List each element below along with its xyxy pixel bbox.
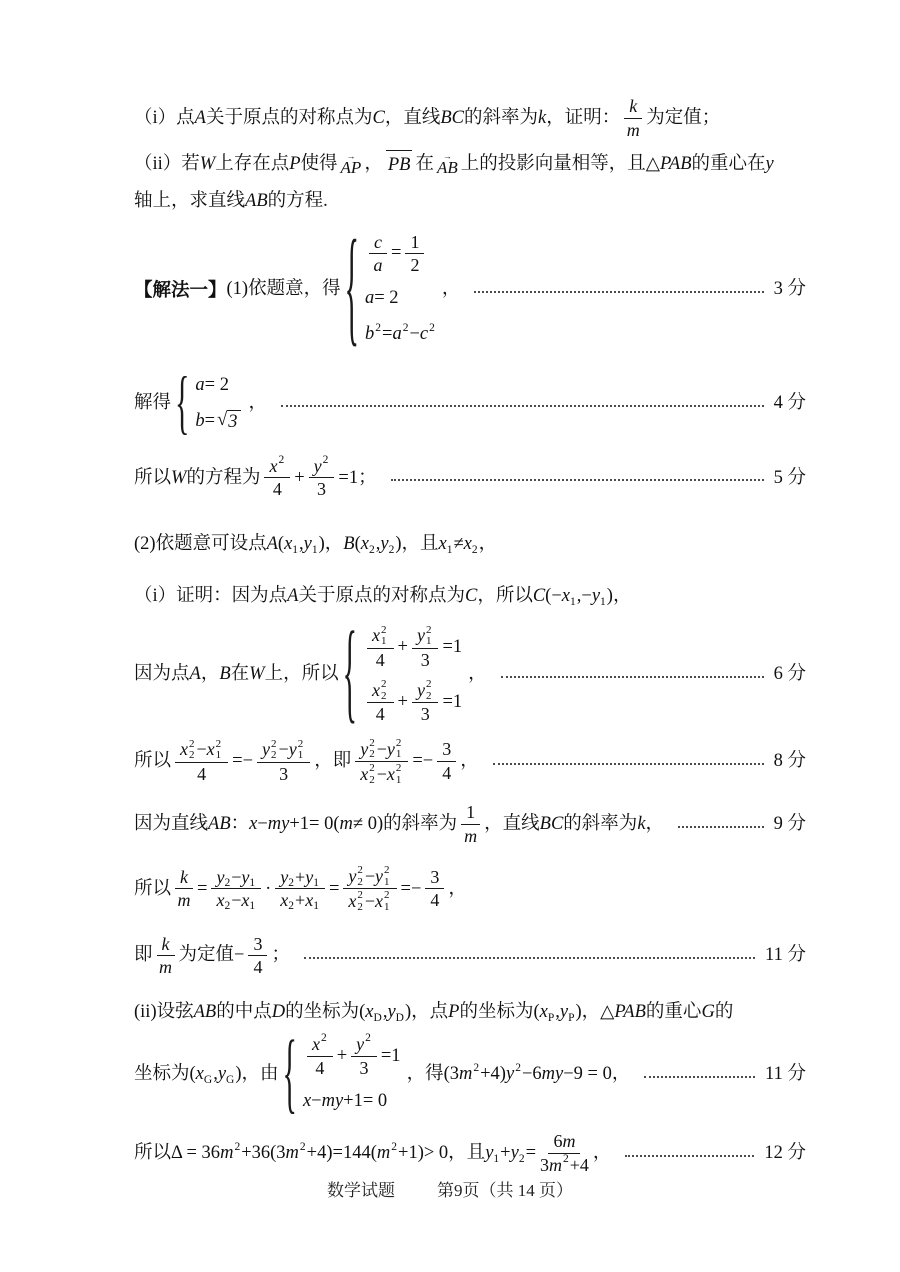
text-run: 坐标为( — [134, 1061, 196, 1089]
dots-leader — [474, 291, 763, 293]
fraction: y22−y21x22−x21 — [343, 865, 396, 913]
text-run: )，且 — [395, 531, 438, 559]
denominator: 4 — [253, 956, 262, 979]
math-variable: y — [506, 1061, 514, 1089]
numerator: y22−y21 — [355, 738, 408, 762]
math-variable: y — [356, 1034, 364, 1056]
text-run: ， — [479, 531, 498, 559]
math-variable: x — [303, 1088, 311, 1116]
denominator: 4 — [197, 763, 206, 786]
text-run: = 2 — [205, 372, 229, 400]
math-variable: A — [195, 105, 206, 133]
denominator: a — [374, 254, 383, 277]
text-run: = — [329, 876, 339, 904]
system-row: x24+y23=1 — [303, 1034, 401, 1079]
system-row: b=√3 — [195, 408, 242, 436]
math-variable: b — [365, 321, 374, 349]
numerator: 1 — [405, 232, 424, 255]
score-label: 6 分 — [774, 661, 806, 689]
sup-sub-stack: 22 — [369, 738, 375, 761]
equation-system: {x24+y23=1x−my+1= 0 — [283, 1034, 401, 1115]
subscript: 2 — [189, 750, 195, 762]
math-variable: PAB — [660, 151, 692, 179]
text-run: ，直线 — [385, 105, 441, 133]
text-run: =1 — [442, 634, 462, 662]
text-run: + — [294, 465, 304, 493]
math-variable: A — [190, 661, 201, 689]
math-variable: AB — [208, 811, 231, 839]
numerator: 1 — [461, 802, 480, 825]
math-variable: y — [766, 151, 774, 179]
numerator: x21 — [367, 625, 394, 649]
problem-part-ii: （ii）若W上存在点P使得→AP，PB在→AB上的投影向量相等，且△PAB的重心… — [134, 150, 806, 180]
numerator: y22 — [412, 679, 439, 703]
dots-leader — [644, 1076, 755, 1078]
math-variable: y — [560, 999, 568, 1027]
math-variable: m — [159, 957, 172, 979]
text-run: 的斜率为 — [464, 105, 538, 133]
math-variable: y — [216, 867, 224, 889]
text-run: ； — [271, 942, 290, 970]
text-run: 上的投影向量相等，且△ — [461, 151, 660, 179]
math-variable: a — [392, 321, 401, 349]
numerator: y22−y21 — [343, 865, 396, 889]
math-variable: a — [195, 372, 204, 400]
text-run: (ii)设弦 — [134, 999, 194, 1027]
text-run: + — [337, 1043, 347, 1071]
numerator: k — [157, 934, 175, 957]
sup-sub-stack: 22 — [426, 679, 432, 702]
math-variable: W — [200, 151, 215, 179]
math-variable: y — [387, 739, 395, 761]
numerator: y21 — [412, 625, 439, 649]
text-run: = — [197, 876, 207, 904]
fraction: y223 — [412, 679, 439, 726]
math-variable: y — [417, 680, 425, 702]
text-run: 1 — [466, 802, 475, 824]
fraction: km — [175, 867, 193, 912]
math-variable: x — [361, 531, 369, 559]
radicand: 3 — [227, 410, 240, 433]
text-run: − — [377, 739, 387, 761]
numerator: 3 — [425, 867, 444, 890]
text-run: 4 — [197, 764, 206, 786]
sup-sub-stack: 21 — [384, 890, 390, 913]
sup-sub-stack: 21 — [216, 739, 222, 762]
solution1-step2-solve: 解得{a= 2b=√3，4 分 — [134, 372, 806, 436]
score-label: 11 分 — [765, 1061, 806, 1089]
text-run: ，所以 — [477, 583, 533, 611]
math-variable: A — [287, 583, 298, 611]
vector-arrow: →AB — [437, 154, 458, 176]
math-variable: x — [207, 739, 215, 761]
part2-ii-setup: (ii)设弦AB的中点D的坐标为(xD,yD)，点P的坐标为(xP,yP)，△P… — [134, 999, 806, 1027]
dots-leader — [501, 676, 764, 678]
text-run: 的斜率为 — [563, 811, 637, 839]
subscript: 2 — [426, 691, 432, 703]
text-run: = — [391, 240, 401, 268]
math-variable: y — [305, 867, 313, 889]
math-variable: P — [289, 151, 300, 179]
fraction: y2+y1x2+x1 — [275, 867, 325, 912]
system-rows: x24+y23=1x−my+1= 0 — [303, 1034, 401, 1115]
numerator: x2 — [264, 456, 290, 479]
sup-sub-stack: 22 — [381, 679, 387, 702]
denominator: 3m2+4 — [540, 1154, 589, 1177]
text-run: =144 — [333, 1140, 371, 1168]
numerator: x22 — [367, 679, 394, 703]
text-run: 的重心 — [646, 999, 702, 1027]
part2-i-proof-start: （i）证明：因为点A关于原点的对称点为C，所以C(−x1,−y1)， — [134, 583, 806, 611]
text-run: ,− — [577, 583, 592, 611]
text-run: =− — [232, 748, 253, 776]
math-variable: c — [374, 232, 382, 254]
text-run: + — [398, 634, 408, 662]
math-variable: m — [286, 1140, 299, 1168]
text-run: + — [295, 890, 305, 912]
math-variable: m — [549, 1155, 562, 1177]
equation-system: {ca=12a= 2b2=a2−c2 — [345, 232, 436, 349]
text-run: 的方程. — [268, 188, 328, 216]
text-run: )，由 — [235, 1061, 278, 1089]
text-run: − — [365, 866, 375, 888]
superscript: 2 — [369, 763, 375, 775]
text-run: 4 — [442, 763, 451, 785]
text-run: +1= 0 — [343, 1088, 387, 1116]
text-run: − — [409, 321, 419, 349]
numerator: y22−y21 — [257, 739, 310, 763]
math-variable: AB — [437, 159, 458, 176]
subscript: 2 — [271, 750, 277, 762]
score-label: 8 分 — [774, 748, 806, 776]
text-run: 上存在点 — [215, 151, 289, 179]
text-run: − — [311, 1088, 321, 1116]
text-run: 上，所以 — [265, 661, 339, 689]
denominator: x22−x21 — [360, 762, 403, 786]
math-variable: x — [365, 999, 373, 1027]
text-run: 3 — [253, 934, 262, 956]
dots-leader — [493, 763, 764, 765]
text-run: 关于原点的对称点为 — [298, 583, 465, 611]
math-variable: W — [171, 465, 186, 493]
math-variable: AB — [194, 999, 217, 1027]
math-variable: B — [219, 661, 230, 689]
text-run: (1)依题意，得 — [227, 276, 341, 304]
vector-arrow: →AP — [341, 154, 362, 176]
text-run: − — [377, 764, 387, 786]
text-run: +4) — [307, 1140, 333, 1168]
math-variable: y — [417, 625, 425, 647]
denominator: m — [627, 119, 640, 142]
part2-discriminant: 所以Δ = 36m2+36(3m2+4)=144(m2+1)> 0，且y1+y2… — [134, 1131, 806, 1176]
text-run: = — [526, 1140, 536, 1168]
denominator: 2 — [410, 254, 419, 277]
math-variable: B — [343, 531, 354, 559]
text-run: ，得 — [407, 1061, 444, 1089]
part2-on-curve-system: 因为点A，B在W上，所以{x214+y213=1x224+y223=1，6 分 — [134, 625, 806, 726]
text-run: +4) — [480, 1061, 506, 1089]
math-variable: y — [375, 866, 383, 888]
text-run: ， — [468, 661, 487, 689]
numerator: x2 — [307, 1034, 333, 1057]
text-run: 3 — [421, 650, 430, 672]
text-run: 的中点 — [216, 999, 272, 1027]
text-run: − — [365, 891, 375, 913]
score-label: 11 分 — [765, 942, 806, 970]
text-run: （ii）若 — [134, 151, 200, 179]
numerator: k — [175, 867, 193, 890]
math-variable: BC — [540, 811, 564, 839]
fraction: 34 — [425, 867, 444, 912]
fraction: x22−x214 — [175, 739, 228, 786]
part2-km-constant: 即km为定值−34；11 分 — [134, 934, 806, 979]
text-run: 3 — [279, 764, 288, 786]
sup-sub-stack: 22 — [357, 890, 363, 913]
math-variable: y — [289, 739, 297, 761]
text-run: 3 — [540, 1155, 549, 1177]
score-label: 9 分 — [774, 811, 806, 839]
denominator: 3 — [421, 703, 430, 726]
math-variable: PAB — [614, 999, 646, 1027]
denominator: m — [464, 825, 477, 848]
math-variable: W — [249, 661, 264, 689]
text-run: ， — [646, 811, 665, 839]
text-run: − — [231, 867, 241, 889]
sup-sub-stack: 21 — [381, 625, 387, 648]
denominator: 3 — [279, 763, 288, 786]
text-run: =1 — [442, 689, 462, 717]
sup-sub-stack: 21 — [426, 625, 432, 648]
fraction: 6m3m2+4 — [540, 1131, 589, 1176]
text-run: − — [279, 739, 289, 761]
math-variable: y — [218, 1061, 226, 1089]
square-root: √3 — [217, 410, 240, 433]
part2-ii-system: 坐标为(xG,yG)，由{x24+y23=1x−my+1= 0，得(3m2+4)… — [134, 1034, 806, 1115]
numerator: y2−y1 — [211, 867, 261, 890]
text-run: 的坐标为( — [285, 999, 365, 1027]
math-variable: m — [178, 890, 191, 912]
sup-sub-stack: 21 — [298, 739, 304, 762]
left-brace-icon: { — [345, 225, 359, 355]
text-run: 为定值− — [179, 942, 245, 970]
math-variable: c — [420, 321, 428, 349]
equation-system: {a= 2b=√3 — [175, 372, 243, 436]
denominator: x2+x1 — [280, 889, 320, 912]
text-run: +36 — [241, 1140, 270, 1168]
text-run: − — [197, 739, 207, 761]
sup-sub-stack: 22 — [357, 865, 363, 888]
text-run: 即 — [134, 942, 153, 970]
math-variable: x — [348, 891, 356, 913]
text-run: (3 — [444, 1061, 459, 1089]
text-run: =1 — [381, 1043, 401, 1071]
sup-sub-stack: 21 — [384, 865, 390, 888]
math-variable: m — [459, 1061, 472, 1089]
text-run: ≠ — [453, 531, 463, 559]
math-variable: x — [375, 891, 383, 913]
numerator: 3 — [248, 934, 267, 957]
dots-leader — [304, 957, 755, 959]
text-run: 所以 — [134, 876, 171, 904]
text-run: −9 = 0， — [563, 1061, 630, 1089]
numerator: 6m — [548, 1131, 580, 1154]
math-variable: b — [195, 408, 204, 436]
text-run: = — [382, 321, 392, 349]
subscript: 1 — [381, 636, 387, 648]
text-run: +1) — [398, 1140, 424, 1168]
math-variable: y — [241, 867, 249, 889]
denominator: 3 — [360, 1057, 369, 1080]
text-run: 为定值； — [646, 105, 720, 133]
dots-leader — [678, 826, 764, 828]
text-run: =− — [401, 876, 422, 904]
system-row: ca=12 — [365, 232, 428, 277]
system-rows: a= 2b=√3 — [195, 372, 242, 436]
math-variable: a — [374, 255, 383, 277]
text-run: 4 — [376, 704, 385, 726]
document-body: （i）点A关于原点的对称点为C，直线BC的斜率为k，证明：km为定值；（ii）若… — [134, 96, 806, 1177]
numerator: y2 — [351, 1034, 377, 1057]
text-run: ， — [460, 748, 479, 776]
subscript: 2 — [369, 775, 375, 787]
text-run: ≠ 0) — [353, 811, 383, 839]
text-run: > 0，且 — [424, 1140, 485, 1168]
subscript: 2 — [357, 877, 363, 889]
math-variable: my — [542, 1061, 564, 1089]
subscript: 1 — [216, 750, 222, 762]
text-run: 2 — [410, 255, 419, 277]
vector-overline: PB — [386, 150, 413, 180]
score-label: 5 分 — [774, 465, 806, 493]
fraction: km — [157, 934, 175, 979]
part2-line-slopes: 因为直线AB：x−my+1= 0(m≠ 0)的斜率为1m，直线BC的斜率为k，9… — [134, 802, 806, 847]
text-run: ， — [442, 276, 461, 304]
text-run: ， — [364, 151, 383, 179]
system-rows: x214+y213=1x224+y223=1 — [363, 625, 462, 726]
text-run: 的 — [715, 999, 734, 1027]
text-run: =− — [412, 748, 433, 776]
denominator: m — [159, 956, 172, 979]
text-run: · — [265, 876, 271, 904]
subscript: 1 — [384, 877, 390, 889]
system-row: a= 2 — [195, 372, 229, 400]
math-variable: x — [241, 890, 249, 912]
page-footer: 数学试题第9页（共 14 页） — [0, 1176, 900, 1201]
text-run: 的方程为 — [186, 465, 260, 493]
text-run: 3 — [360, 1058, 369, 1080]
text-run: （i）点 — [134, 105, 195, 133]
math-variable: C — [372, 105, 384, 133]
text-run: 因为点 — [134, 661, 190, 689]
superscript: 2 — [396, 763, 402, 775]
part2-setup: (2)依题意可设点A(x1,y1)，B(x2,y2)，且x1≠x2， — [134, 531, 806, 559]
fraction: y23 — [309, 456, 335, 501]
math-variable: G — [701, 999, 714, 1027]
solution1-step3-ellipse: 所以W的方程为x24+y23=1；5 分 — [134, 456, 806, 501]
sup-sub-stack: 22 — [369, 763, 375, 786]
math-variable: y — [511, 1140, 519, 1168]
dots-leader — [625, 1155, 754, 1157]
fraction: 12 — [405, 232, 424, 277]
denominator: x22−x21 — [348, 889, 391, 913]
sup-sub-stack: 21 — [396, 763, 402, 786]
text-run: 3 — [421, 704, 430, 726]
text-run: 在 — [415, 151, 434, 179]
text-run: ， — [201, 661, 220, 689]
text-run: 4 — [430, 890, 439, 912]
text-run: （i）证明：因为点 — [134, 583, 287, 611]
denominator: 4 — [430, 889, 439, 912]
fraction: x24 — [264, 456, 290, 501]
text-run: 所以 — [134, 465, 171, 493]
math-variable: x — [372, 625, 380, 647]
denominator: 3 — [421, 649, 430, 672]
text-run: 1 — [410, 232, 419, 254]
math-variable: x — [540, 999, 548, 1027]
text-run: 的斜率为 — [383, 811, 457, 839]
math-variable: k — [637, 811, 645, 839]
text-run: (− — [545, 583, 562, 611]
score-label: 4 分 — [774, 390, 806, 418]
math-variable: AB — [245, 188, 268, 216]
math-variable: y — [262, 739, 270, 761]
system-row: x−my+1= 0 — [303, 1088, 387, 1116]
footer-doc-title: 数学试题 — [327, 1181, 395, 1200]
fraction: km — [624, 96, 642, 141]
math-variable: y — [280, 867, 288, 889]
math-variable: y — [314, 456, 322, 478]
text-run: 因为直线 — [134, 811, 208, 839]
fraction: y213 — [412, 625, 439, 672]
left-brace-icon: { — [343, 619, 357, 731]
text-run: + — [500, 1140, 510, 1168]
text-run: 3 — [317, 479, 326, 501]
text-run: ，即 — [314, 748, 351, 776]
left-brace-icon: { — [283, 1030, 297, 1120]
text-run: ，证明： — [546, 105, 620, 133]
system-rows: ca=12a= 2b2=a2−c2 — [365, 232, 436, 349]
fraction: x214 — [367, 625, 394, 672]
math-variable: x — [464, 531, 472, 559]
denominator: 3 — [317, 478, 326, 501]
math-variable: x — [562, 583, 570, 611]
text-run: ， — [448, 876, 467, 904]
math-variable: y — [485, 1140, 493, 1168]
text-run: )，点 — [405, 999, 448, 1027]
problem-part-ii-cont: 轴上，求直线AB的方程. — [134, 188, 806, 216]
equation-system: {x214+y213=1x224+y223=1 — [343, 625, 463, 726]
text-run: =1； — [338, 465, 376, 493]
text-run: ： — [231, 811, 250, 839]
numerator: x22−x21 — [175, 739, 228, 763]
text-run: 6 — [553, 1131, 562, 1153]
text-run: (2)依题意可设点 — [134, 531, 267, 559]
text-run: +1= 0 — [289, 811, 333, 839]
fraction: y22−y213 — [257, 739, 310, 786]
text-run: 4 — [253, 957, 262, 979]
text-run: 4 — [273, 479, 282, 501]
system-row: b2=a2−c2 — [365, 321, 436, 349]
text-run: 使得 — [301, 151, 338, 179]
solution-method-label: 【解法一】 — [134, 276, 227, 304]
subscript: 2 — [357, 902, 363, 914]
subscript: 1 — [396, 775, 402, 787]
fraction: 1m — [461, 802, 480, 847]
subscript: 1 — [298, 750, 304, 762]
math-variable: y — [380, 531, 388, 559]
fraction: 34 — [437, 739, 456, 784]
text-run: + — [295, 867, 305, 889]
